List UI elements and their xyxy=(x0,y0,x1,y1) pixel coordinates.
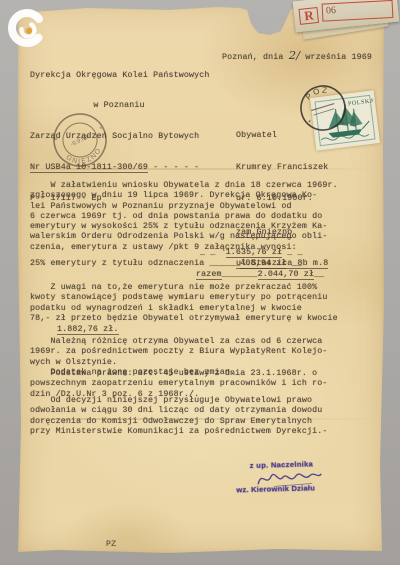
amount-final: 1.882,76 zł. xyxy=(57,325,119,335)
razem-dashes-post: __ xyxy=(314,270,324,279)
final-amount-line: 1.882,76 zł. xyxy=(57,325,119,335)
amount-25pct: 408,94 zł xyxy=(240,259,286,269)
sender-line1: Dyrekcja Okręgowa Kolei Państwowych xyxy=(30,71,210,81)
pct-label: 25% emerytury z tytułu odznaczenia xyxy=(30,259,210,268)
registered-number: 06 xyxy=(322,0,393,21)
paragraph-2: Z uwagi na to,że emerytura nie może prze… xyxy=(30,283,338,324)
registered-r-mark: R xyxy=(298,6,319,24)
handwritten-day: 2/ xyxy=(289,48,301,62)
amount-total: 2.044,70 zł xyxy=(258,270,314,280)
paragraph-1: W załatwieniu wniosku Obywatela z dnia 1… xyxy=(30,181,338,253)
svg-text:POZ: POZ xyxy=(303,84,332,103)
signature-stamp-line1: z up. Naczelnika xyxy=(236,459,346,471)
poznan-postmark-text: POZ xyxy=(303,84,332,103)
amount-row-25pct: 25% emerytury z tytułu odznaczenia _____… xyxy=(30,259,302,269)
postmark-star: * xyxy=(307,120,313,129)
recipient-name: Krumrey Franciszek xyxy=(236,163,328,173)
gniezno-postmark-date: -9.9.69- xyxy=(70,133,91,148)
place-date-prefix: Poznań, dnia xyxy=(222,53,284,62)
date-line: Poznań, dnia 2/ września 1969 xyxy=(222,50,372,63)
place-date-suffix: września 1969 xyxy=(305,53,372,62)
poznan-postmark: POZ * xyxy=(292,77,354,139)
amount-base-pension: 1.635,76 zł xyxy=(226,248,282,258)
amount1-dashes-post: _ _ xyxy=(282,248,303,257)
pct-dashes: ______ xyxy=(210,259,241,268)
razem-dashes: _______ xyxy=(222,270,258,279)
pct-dashes-post: __ xyxy=(286,259,301,268)
postmark-star-left: * xyxy=(54,137,60,146)
signature-stamp-block: z up. Naczelnika wz. Kierownik Działu xyxy=(236,459,347,495)
amount-row-base: _ _ 1.635,76 zł _ _ xyxy=(200,248,303,258)
library-watermark-icon xyxy=(6,6,50,52)
reference-dashes: - - - - - xyxy=(148,163,199,172)
sender-line2: w Poznaniu xyxy=(30,101,208,111)
razem-label: razem xyxy=(196,270,222,280)
amount1-dashes-pre: _ _ xyxy=(200,248,226,257)
scanned-document-scene: R 06 Dyrekcja Okręgowa Kolei Państwowych… xyxy=(0,0,400,565)
amount-row-total: razem_______2.044,70 zł__ xyxy=(196,270,324,280)
paragraph-5: Od decyzji niniejszej przysługuje Obywat… xyxy=(30,396,327,437)
footer-mark: PZ xyxy=(106,540,116,550)
